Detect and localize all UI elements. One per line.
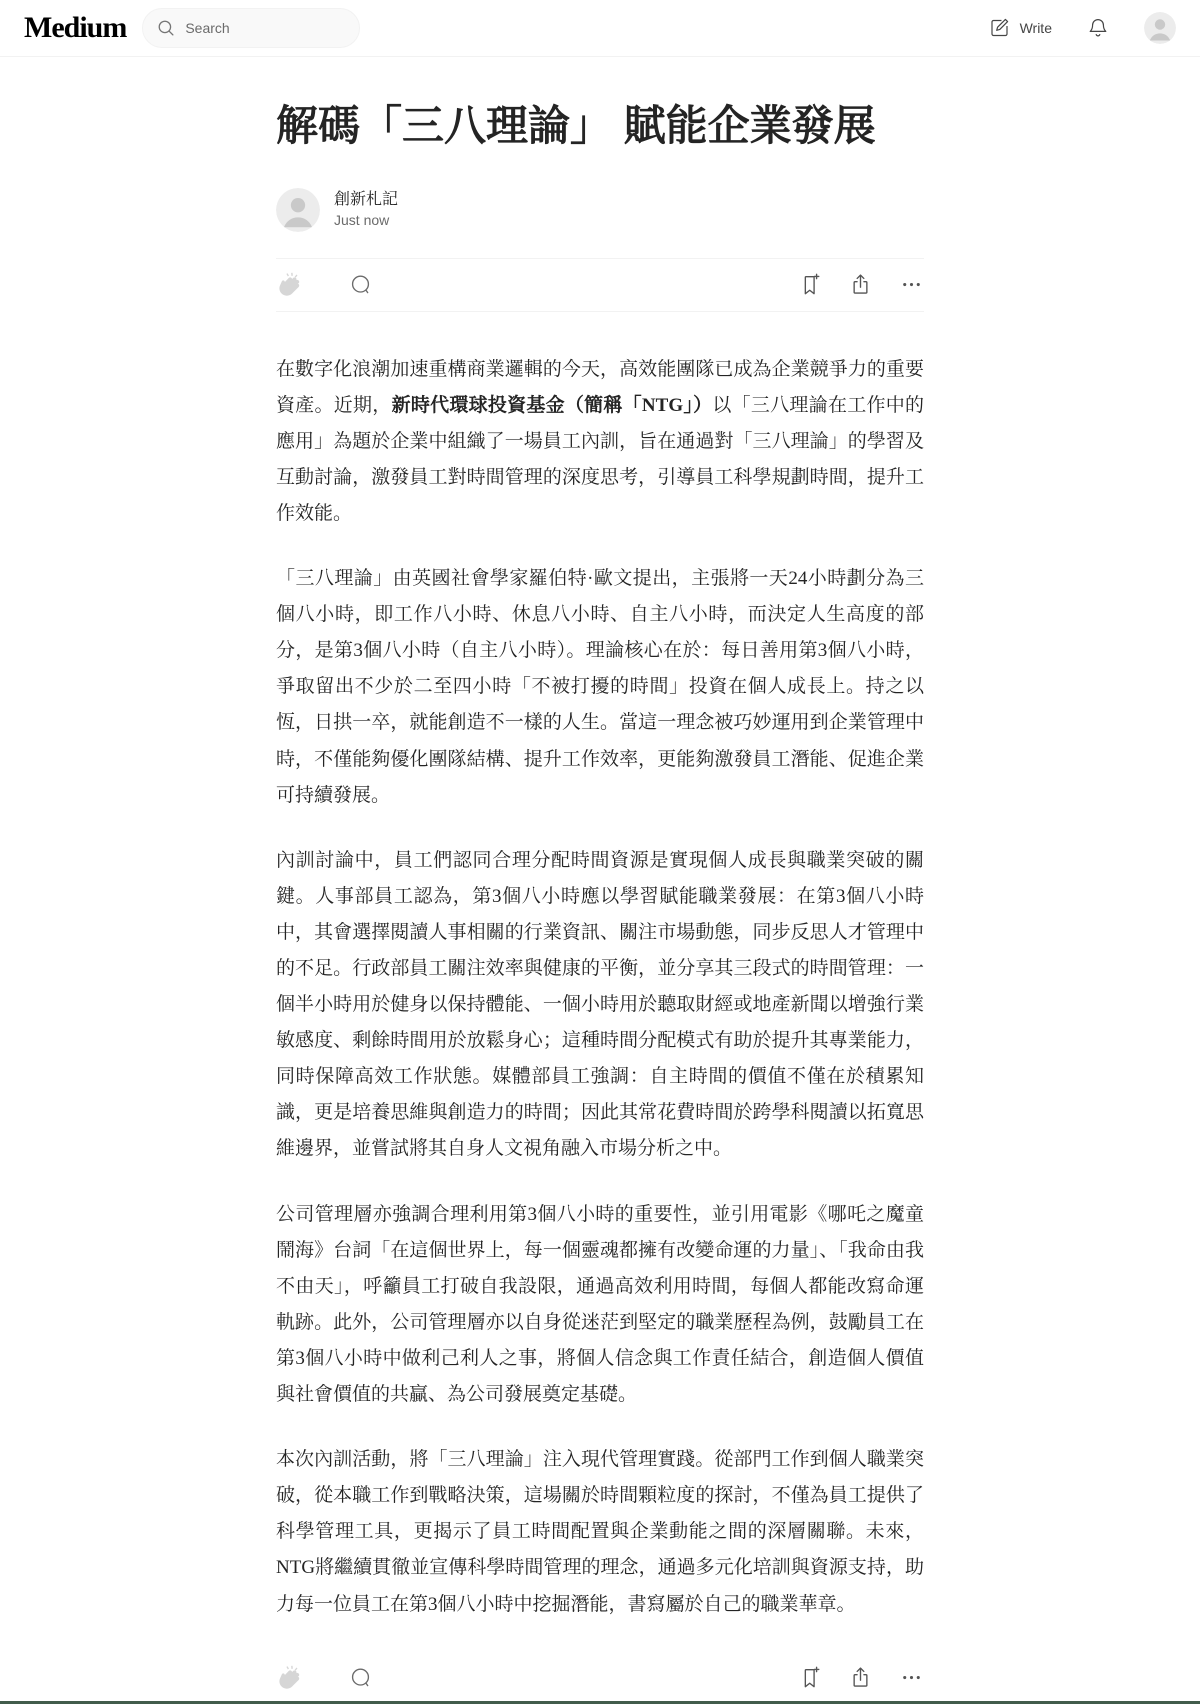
action-bar-left bbox=[276, 271, 373, 299]
article-paragraph: 「三八理論」由英國社會學家羅伯特·歐文提出，主張將一天24小時劃分為三個八小時，… bbox=[276, 561, 924, 814]
share-icon bbox=[848, 272, 873, 297]
clap-button[interactable] bbox=[276, 1664, 304, 1692]
clap-button[interactable] bbox=[276, 271, 304, 299]
article-page: 解碼「三八理論」 賦能企業發展 創新札記 Just now bbox=[276, 99, 924, 1704]
respond-button[interactable] bbox=[348, 1665, 373, 1690]
author-meta: 創新札記 Just now bbox=[334, 189, 398, 231]
article-title: 解碼「三八理論」 賦能企業發展 bbox=[276, 99, 924, 154]
author-name[interactable]: 創新札記 bbox=[334, 189, 398, 211]
write-icon bbox=[987, 16, 1011, 40]
search-icon bbox=[155, 17, 177, 39]
bookmark-button[interactable] bbox=[797, 1665, 822, 1690]
top-navigation-bar: Medium Write bbox=[0, 0, 1200, 57]
user-avatar[interactable] bbox=[1144, 12, 1176, 44]
action-bar-right bbox=[797, 1665, 924, 1690]
article-body: 在數字化浪潮加速重構商業邏輯的今天，高效能團隊已成為企業競爭力的重要資產。近期，… bbox=[276, 352, 924, 1623]
action-bar-left bbox=[276, 1664, 373, 1692]
clap-icon bbox=[276, 271, 304, 299]
action-bar-right bbox=[797, 272, 924, 297]
share-button[interactable] bbox=[848, 1665, 873, 1690]
comment-icon bbox=[348, 272, 373, 297]
article-paragraph: 內訓討論中，員工們認同合理分配時間資源是實現個人成長與職業突破的關鍵。人事部員工… bbox=[276, 843, 924, 1168]
author-avatar[interactable] bbox=[276, 188, 320, 232]
bookmark-plus-icon bbox=[797, 1665, 822, 1690]
footer-top-edge bbox=[0, 1701, 1200, 1704]
publish-time: Just now bbox=[334, 211, 398, 231]
write-label: Write bbox=[1020, 20, 1052, 36]
more-options-button[interactable] bbox=[899, 272, 924, 297]
search-bar[interactable] bbox=[142, 8, 360, 48]
article-paragraph: 本次內訓活動，將「三八理論」注入現代管理實踐。從部門工作到個人職業突破，從本職工… bbox=[276, 1442, 924, 1622]
share-button[interactable] bbox=[848, 272, 873, 297]
ellipsis-icon bbox=[899, 272, 924, 297]
article-action-bar-bottom bbox=[276, 1652, 924, 1704]
bell-icon bbox=[1086, 16, 1110, 40]
author-row: 創新札記 Just now bbox=[276, 188, 924, 232]
article-paragraph: 在數字化浪潮加速重構商業邏輯的今天，高效能團隊已成為企業競爭力的重要資產。近期，… bbox=[276, 352, 924, 532]
medium-logo[interactable]: Medium bbox=[24, 11, 126, 45]
ellipsis-icon bbox=[899, 1665, 924, 1690]
clap-icon bbox=[276, 1664, 304, 1692]
bookmark-plus-icon bbox=[797, 272, 822, 297]
more-options-button[interactable] bbox=[899, 1665, 924, 1690]
write-button[interactable]: Write bbox=[987, 16, 1052, 40]
article-paragraph: 公司管理層亦強調合理利用第3個八小時的重要性，並引用電影《哪吒之魔童鬧海》台詞「… bbox=[276, 1197, 924, 1414]
comment-icon bbox=[348, 1665, 373, 1690]
search-input[interactable] bbox=[185, 20, 335, 36]
notifications-button[interactable] bbox=[1086, 16, 1110, 40]
bookmark-button[interactable] bbox=[797, 272, 822, 297]
article-action-bar-top bbox=[276, 258, 924, 312]
share-icon bbox=[848, 1665, 873, 1690]
respond-button[interactable] bbox=[348, 272, 373, 297]
